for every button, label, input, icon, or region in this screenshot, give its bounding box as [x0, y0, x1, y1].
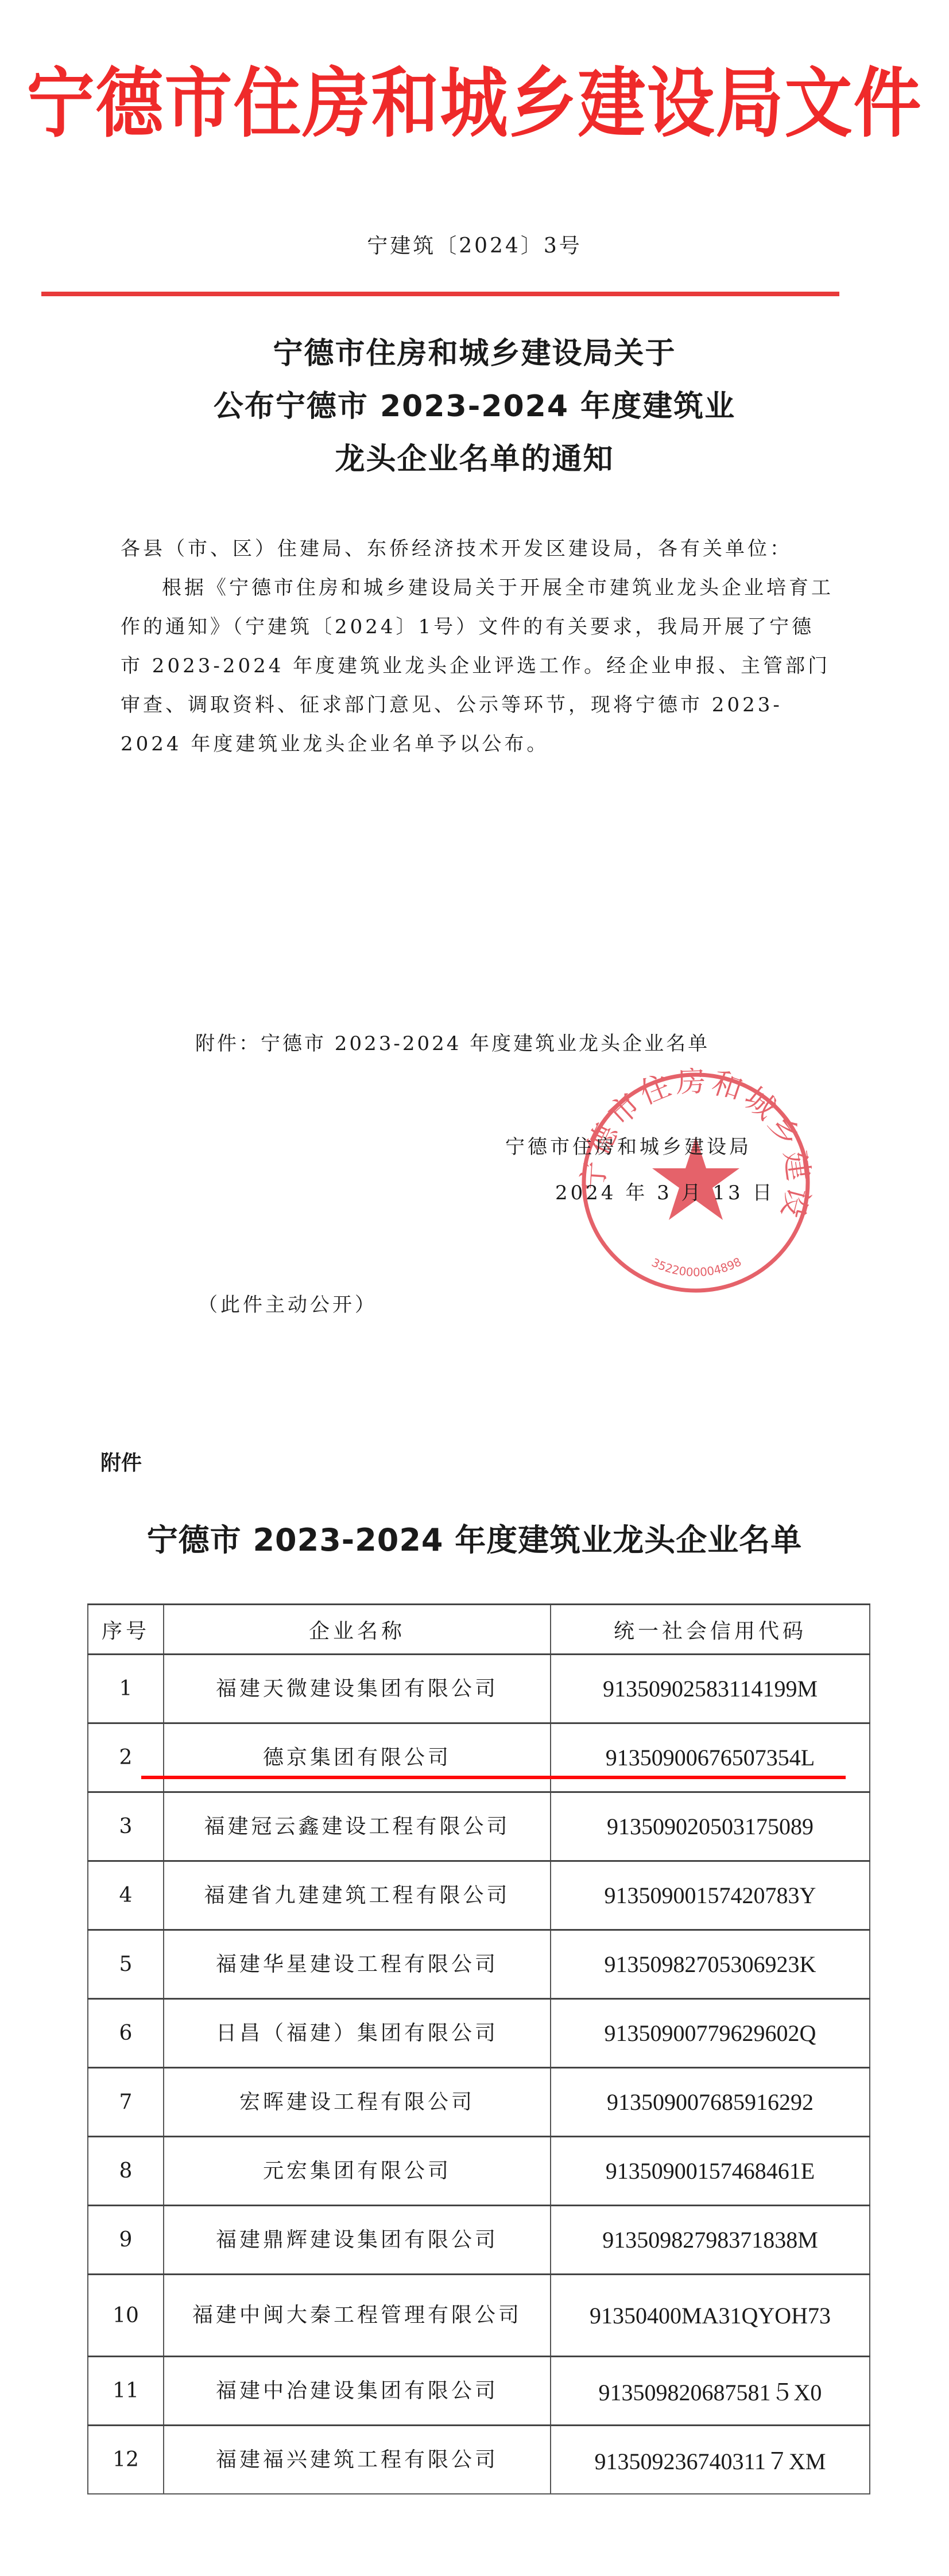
company-name: 德京集团有限公司: [164, 1723, 551, 1792]
company-name: 福建中冶建设集团有限公司: [164, 2357, 551, 2426]
notice-title-line-1: 宁德市住房和城乡建设局关于: [0, 327, 949, 380]
company-name: 福建福兴建筑工程有限公司: [164, 2426, 551, 2494]
credit-code: 91350400MA31QYOH73: [551, 2275, 870, 2357]
table-row: 9 福建鼎辉建设集团有限公司 91350982798371838M: [88, 2206, 870, 2275]
credit-code: 913509236740311７XM: [551, 2426, 870, 2494]
svg-text:3522000004898: 3522000004898: [649, 1254, 743, 1279]
table-row: 5 福建华星建设工程有限公司 91350982705306923K: [88, 1930, 870, 1999]
disclosure-note: （此件主动公开）: [198, 1289, 377, 1317]
notice-title-line-3: 龙头企业名单的通知: [0, 433, 949, 486]
table-row: 10 福建中闽大秦工程管理有限公司 91350400MA31QYOH73: [88, 2275, 870, 2357]
notice-title: 宁德市住房和城乡建设局关于 公布宁德市 2023-2024 年度建筑业 龙头企业…: [0, 327, 949, 486]
column-header-code: 统一社会信用代码: [551, 1605, 870, 1655]
row-number: 7: [88, 2068, 164, 2137]
row-number: 8: [88, 2137, 164, 2206]
red-divider: [41, 292, 839, 296]
table-header-row: 序号 企业名称 统一社会信用代码: [88, 1605, 870, 1655]
enterprise-table: 序号 企业名称 统一社会信用代码 1 福建天微建设集团有限公司 91350902…: [87, 1603, 870, 2494]
credit-code: 913509820687581５X0: [551, 2357, 870, 2426]
row-number: 9: [88, 2206, 164, 2275]
annex-title: 宁德市 2023-2024 年度建筑业龙头企业名单: [0, 1516, 949, 1560]
column-header-number: 序号: [88, 1605, 164, 1655]
company-name: 元宏集团有限公司: [164, 2137, 551, 2206]
row-number: 1: [88, 1655, 164, 1723]
notice-body: 各县（市、区）住建局、东侨经济技术开发区建设局，各有关单位： 根据《宁德市住房和…: [121, 529, 835, 764]
column-header-name: 企业名称: [164, 1605, 551, 1655]
letterhead-title: 宁德市住房和城乡建设局文件: [0, 59, 949, 149]
company-name: 日昌（福建）集团有限公司: [164, 1999, 551, 2068]
credit-code: 91350900779629602Q: [551, 1999, 870, 2068]
row-number: 3: [88, 1792, 164, 1861]
signature-organization: 宁德市住房和城乡建设局: [505, 1131, 752, 1159]
table-row: 7 宏晖建设工程有限公司 913509007685916292: [88, 2068, 870, 2137]
salutation: 各县（市、区）住建局、东侨经济技术开发区建设局，各有关单位：: [121, 529, 835, 568]
credit-code: 91350982705306923K: [551, 1930, 870, 1999]
row-number: 10: [88, 2275, 164, 2357]
company-name: 福建鼎辉建设集团有限公司: [164, 2206, 551, 2275]
row-number: 12: [88, 2426, 164, 2494]
row-number: 6: [88, 1999, 164, 2068]
credit-code: 913509007685916292: [551, 2068, 870, 2137]
row-number: 5: [88, 1930, 164, 1999]
credit-code: 91350900676507354L: [551, 1723, 870, 1792]
table-row: 11 福建中冶建设集团有限公司 913509820687581５X0: [88, 2357, 870, 2426]
company-name: 福建中闽大秦工程管理有限公司: [164, 2275, 551, 2357]
signature-date: 2024 年 3 月 13 日: [555, 1177, 774, 1205]
table-row: 8 元宏集团有限公司 91350900157468461E: [88, 2137, 870, 2206]
company-name: 福建华星建设工程有限公司: [164, 1930, 551, 1999]
company-name: 福建天微建设集团有限公司: [164, 1655, 551, 1723]
company-name: 福建省九建建筑工程有限公司: [164, 1861, 551, 1930]
row-number: 11: [88, 2357, 164, 2426]
credit-code: 91350902583114199M: [551, 1655, 870, 1723]
credit-code: 91350982798371838M: [551, 2206, 870, 2275]
credit-code: 913509020503175089: [551, 1792, 870, 1861]
credit-code: 91350900157468461E: [551, 2137, 870, 2206]
table-row: 6 日昌（福建）集团有限公司 91350900779629602Q: [88, 1999, 870, 2068]
annex-label: 附件: [100, 1447, 142, 1476]
table-row: 3 福建冠云鑫建设工程有限公司 913509020503175089: [88, 1792, 870, 1861]
row-number: 2: [88, 1723, 164, 1792]
attachment-reference: 附件：宁德市 2023-2024 年度建筑业龙头企业名单: [195, 1028, 710, 1056]
table-row: 4 福建省九建建筑工程有限公司 91350900157420783Y: [88, 1861, 870, 1930]
body-paragraph: 根据《宁德市住房和城乡建设局关于开展全市建筑业龙头企业培育工作的通知》（宁建筑〔…: [121, 568, 835, 764]
notice-title-line-2: 公布宁德市 2023-2024 年度建筑业: [0, 380, 949, 433]
table-row-highlighted: 2 德京集团有限公司 91350900676507354L: [88, 1723, 870, 1792]
company-name: 福建冠云鑫建设工程有限公司: [164, 1792, 551, 1861]
highlight-underline: [141, 1776, 846, 1779]
row-number: 4: [88, 1861, 164, 1930]
company-name: 宏晖建设工程有限公司: [164, 2068, 551, 2137]
table-row: 12 福建福兴建筑工程有限公司 913509236740311７XM: [88, 2426, 870, 2494]
document-number: 宁建筑〔2024〕3号: [0, 230, 949, 259]
credit-code: 91350900157420783Y: [551, 1861, 870, 1930]
table-row: 1 福建天微建设集团有限公司 91350902583114199M: [88, 1655, 870, 1723]
